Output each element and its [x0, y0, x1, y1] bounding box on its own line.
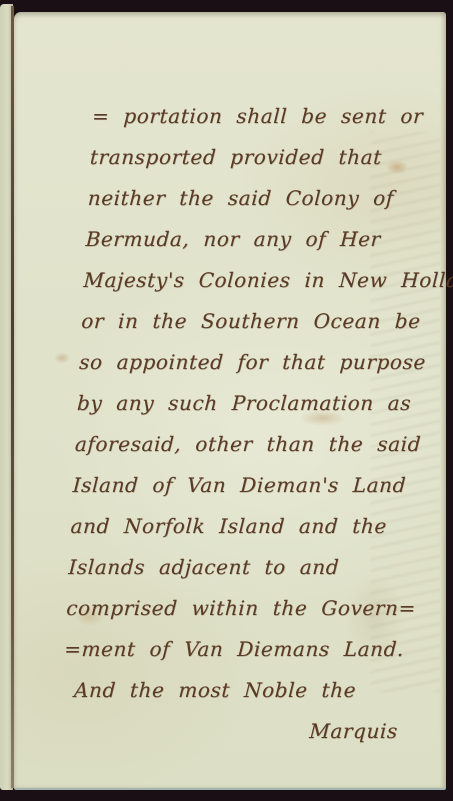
- text-line: = portation shall be sent or: [91, 96, 453, 137]
- text-line: aforesaid, other than the said: [74, 424, 440, 465]
- text-line: comprised within the Govern=: [65, 588, 431, 629]
- handwritten-text-block: = portation shall be sent or transported…: [59, 96, 453, 752]
- foxing-stain: [54, 352, 70, 364]
- text-line: Islands adjacent to and: [67, 547, 433, 588]
- text-line: And the most Noble the: [61, 670, 427, 711]
- text-line: by any such Proclamation as: [76, 383, 442, 424]
- text-line: transported provided that: [89, 137, 453, 178]
- text-line: Bermuda, nor any of Her: [85, 219, 451, 260]
- manuscript-page: = portation shall be sent or transported…: [14, 12, 446, 790]
- text-line: Majesty's Colonies in New Holland: [82, 260, 448, 301]
- text-line: or in the Southern Ocean be: [80, 301, 446, 342]
- scanned-photo-frame: = portation shall be sent or transported…: [0, 0, 453, 801]
- text-line: neither the said Colony of: [87, 178, 453, 219]
- text-line: and Norfolk Island and the: [70, 506, 436, 547]
- text-line: =ment of Van Diemans Land.: [63, 629, 429, 670]
- text-line: Island of Van Dieman's Land: [72, 465, 438, 506]
- text-line-catchword: Marquis: [59, 711, 425, 752]
- text-line: so appointed for that purpose: [78, 342, 444, 383]
